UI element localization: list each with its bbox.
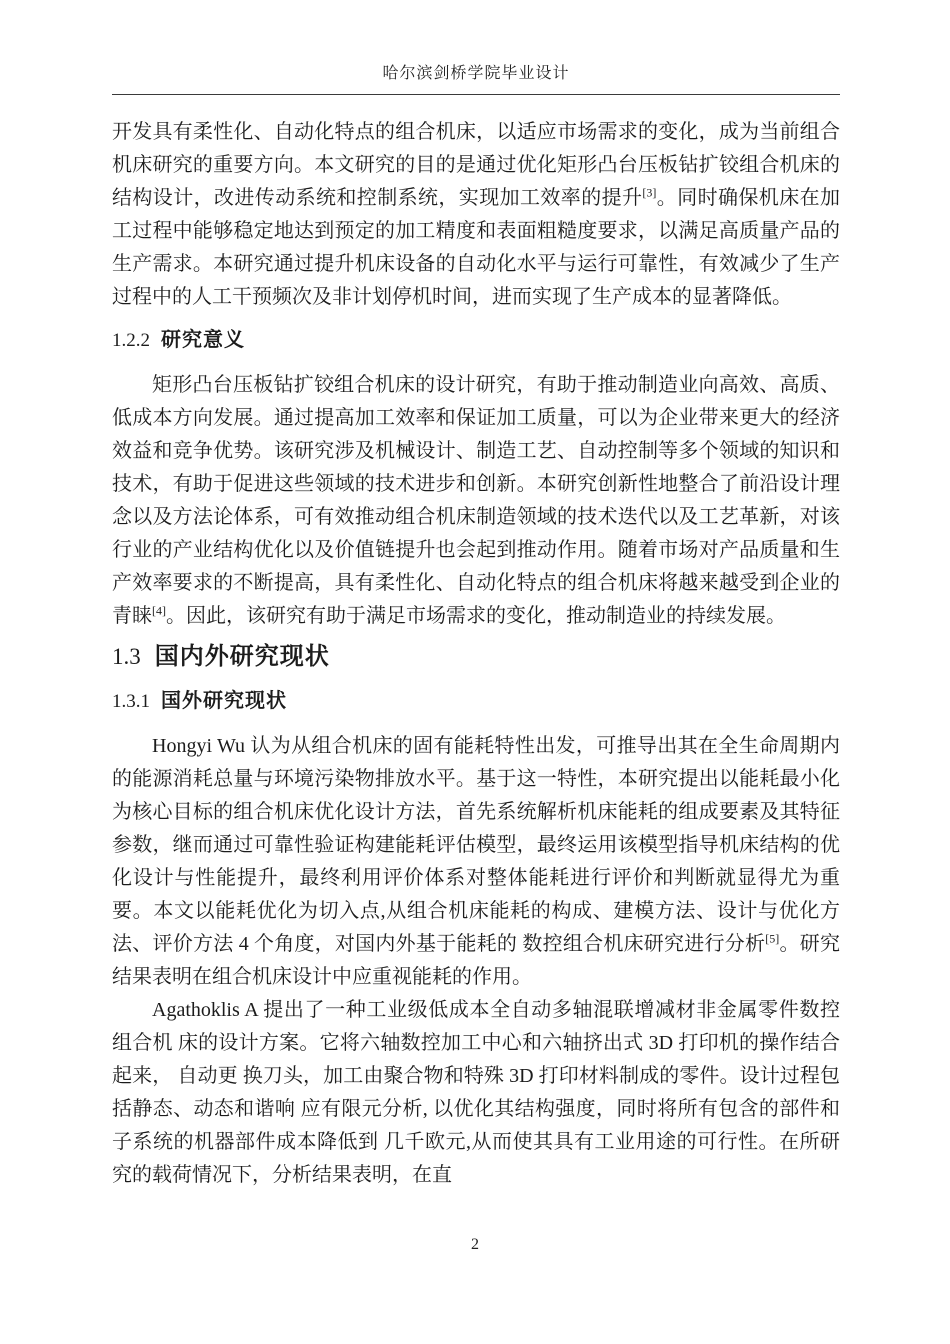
heading-number: 1.3.1 bbox=[112, 691, 150, 712]
subsection-heading: 1.3.1国外研究现状 bbox=[112, 685, 840, 718]
subsection-heading: 1.2.2研究意义 bbox=[112, 324, 840, 357]
header-title: 哈尔滨剑桥学院毕业设计 bbox=[382, 65, 569, 82]
heading-text: 国内外研究现状 bbox=[155, 643, 330, 670]
citation-superscript: [4] bbox=[152, 603, 166, 617]
paragraph: Hongyi Wu 认为从组合机床的固有能耗特性出发，可推导出其在全生命周期内的… bbox=[112, 730, 840, 994]
heading-number: 1.3 bbox=[112, 644, 141, 669]
page-content: 开发具有柔性化、自动化特点的组合机床，以适应市场需求的变化，成为当前组合机床研究… bbox=[112, 116, 840, 1192]
paragraph: 矩形凸台压板钻扩铰组合机床的设计研究，有助于推动制造业向高效、高质、低成本方向发… bbox=[112, 369, 840, 633]
page-number: 2 bbox=[0, 1236, 950, 1254]
page-header: 哈尔滨剑桥学院毕业设计 bbox=[112, 60, 840, 95]
paragraph-text: Hongyi Wu 认为从组合机床的固有能耗特性出发，可推导出其在全生命周期内的… bbox=[112, 735, 840, 955]
paragraph-text: 矩形凸台压板钻扩铰组合机床的设计研究，有助于推动制造业向高效、高质、低成本方向发… bbox=[112, 374, 840, 627]
section-heading: 1.3国内外研究现状 bbox=[112, 639, 840, 675]
citation-superscript: [5] bbox=[765, 931, 779, 945]
paragraph: 开发具有柔性化、自动化特点的组合机床，以适应市场需求的变化，成为当前组合机床研究… bbox=[112, 116, 840, 314]
paragraph-text: 。因此，该研究有助于满足市场需求的变化，推动制造业的持续发展。 bbox=[166, 605, 786, 627]
heading-text: 国外研究现状 bbox=[161, 690, 287, 712]
heading-number: 1.2.2 bbox=[112, 330, 150, 351]
paragraph: Agathoklis A 提出了一种工业级低成本全自动多轴混联增减材非金属零件数… bbox=[112, 994, 840, 1192]
heading-text: 研究意义 bbox=[161, 329, 245, 351]
thesis-page: 哈尔滨剑桥学院毕业设计 开发具有柔性化、自动化特点的组合机床，以适应市场需求的变… bbox=[0, 0, 950, 1344]
citation-superscript: [3] bbox=[642, 185, 656, 199]
paragraph-text: Agathoklis A 提出了一种工业级低成本全自动多轴混联增减材非金属零件数… bbox=[112, 999, 840, 1186]
